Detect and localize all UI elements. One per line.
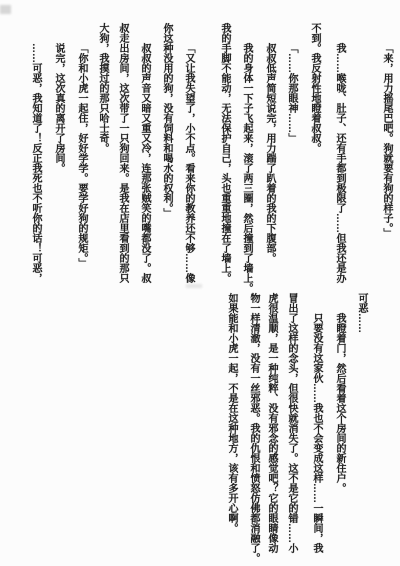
text-column: 我的手脚不能动，无法保护自己，头也重重地撞在了墙上。 <box>218 23 231 283</box>
text-column: 你这种没用的狗，没有饲料和喝水的权利。」 <box>160 23 173 218</box>
book-scan: 「来，用力摇尾巴吧。狗就要有狗的样子。」我……喉咙、肚子、还有手都到极限了……但… <box>0 0 400 566</box>
text-column: 物一样清澈，没有一丝邪恶。我的仇恨和愤怒仿佛都消融了。 <box>247 293 260 563</box>
text-column: 「来，用力摇尾巴吧。狗就要有狗的样子。」 <box>380 23 393 238</box>
text-column: 叔叔低声简短说完，用力踹了趴着的我的下腹部。 <box>263 23 276 263</box>
text-column: 我……喉咙、肚子、还有手都到极限了……但我还是办 <box>333 23 346 283</box>
text-column: 大狗，我摸过的那只哈士奇。 <box>96 23 109 153</box>
text-column: 「你和小虎一起住，好好学学。要学好狗的规矩。」 <box>75 23 88 268</box>
text-column: 叔走出房间，这次带了一只狗回来。是我在店里看到的那只 <box>116 23 129 283</box>
text-column: 「又让我失望了，小不点。看来你的教养还不够……像 <box>182 23 195 283</box>
text-column: 虎很温顺，是一种纯粹、没有邪念的感觉吧？它的眼睛像动 <box>265 293 278 553</box>
text-column: 我瞪着门，然后看着这个房间的新住户。 <box>333 293 346 493</box>
text-column: ……可恶，我知道了！反正我死也不听你的话！可恶， <box>29 23 42 283</box>
text-column: 只要没有这家伙……我也不会变成这样……一瞬间，我 <box>310 293 323 553</box>
text-column: 如果能和小虎一起，不是在这种地方，该有多开心啊。 <box>225 293 238 533</box>
text-column: 不到。我反射性地瞪着叔叔。 <box>308 23 321 153</box>
text-column: 说完，这次真的离开了房间。 <box>52 23 65 173</box>
text-column: 「……你那眼神……」 <box>285 23 298 143</box>
text-column: 我的身体一下子飞起来，滚了两三圈，然后撞到了墙上。 <box>240 23 253 293</box>
text-column: 冒出了这样的念头，但很快就消失了。这不是它的错……小 <box>285 293 298 553</box>
page-top: 「来，用力摇尾巴吧。狗就要有狗的样子。」我……喉咙、肚子、还有手都到极限了……但… <box>0 0 400 283</box>
text-column: 叔叔的声音又暗又重又冷，连那张贼笑的嘴都没了。叔 <box>138 23 151 283</box>
page-bottom: 可恶……我瞪着门，然后看着这个房间的新住户。只要没有这家伙……我也不会变成这样…… <box>0 283 400 566</box>
text-column: 可恶…… <box>355 293 368 333</box>
